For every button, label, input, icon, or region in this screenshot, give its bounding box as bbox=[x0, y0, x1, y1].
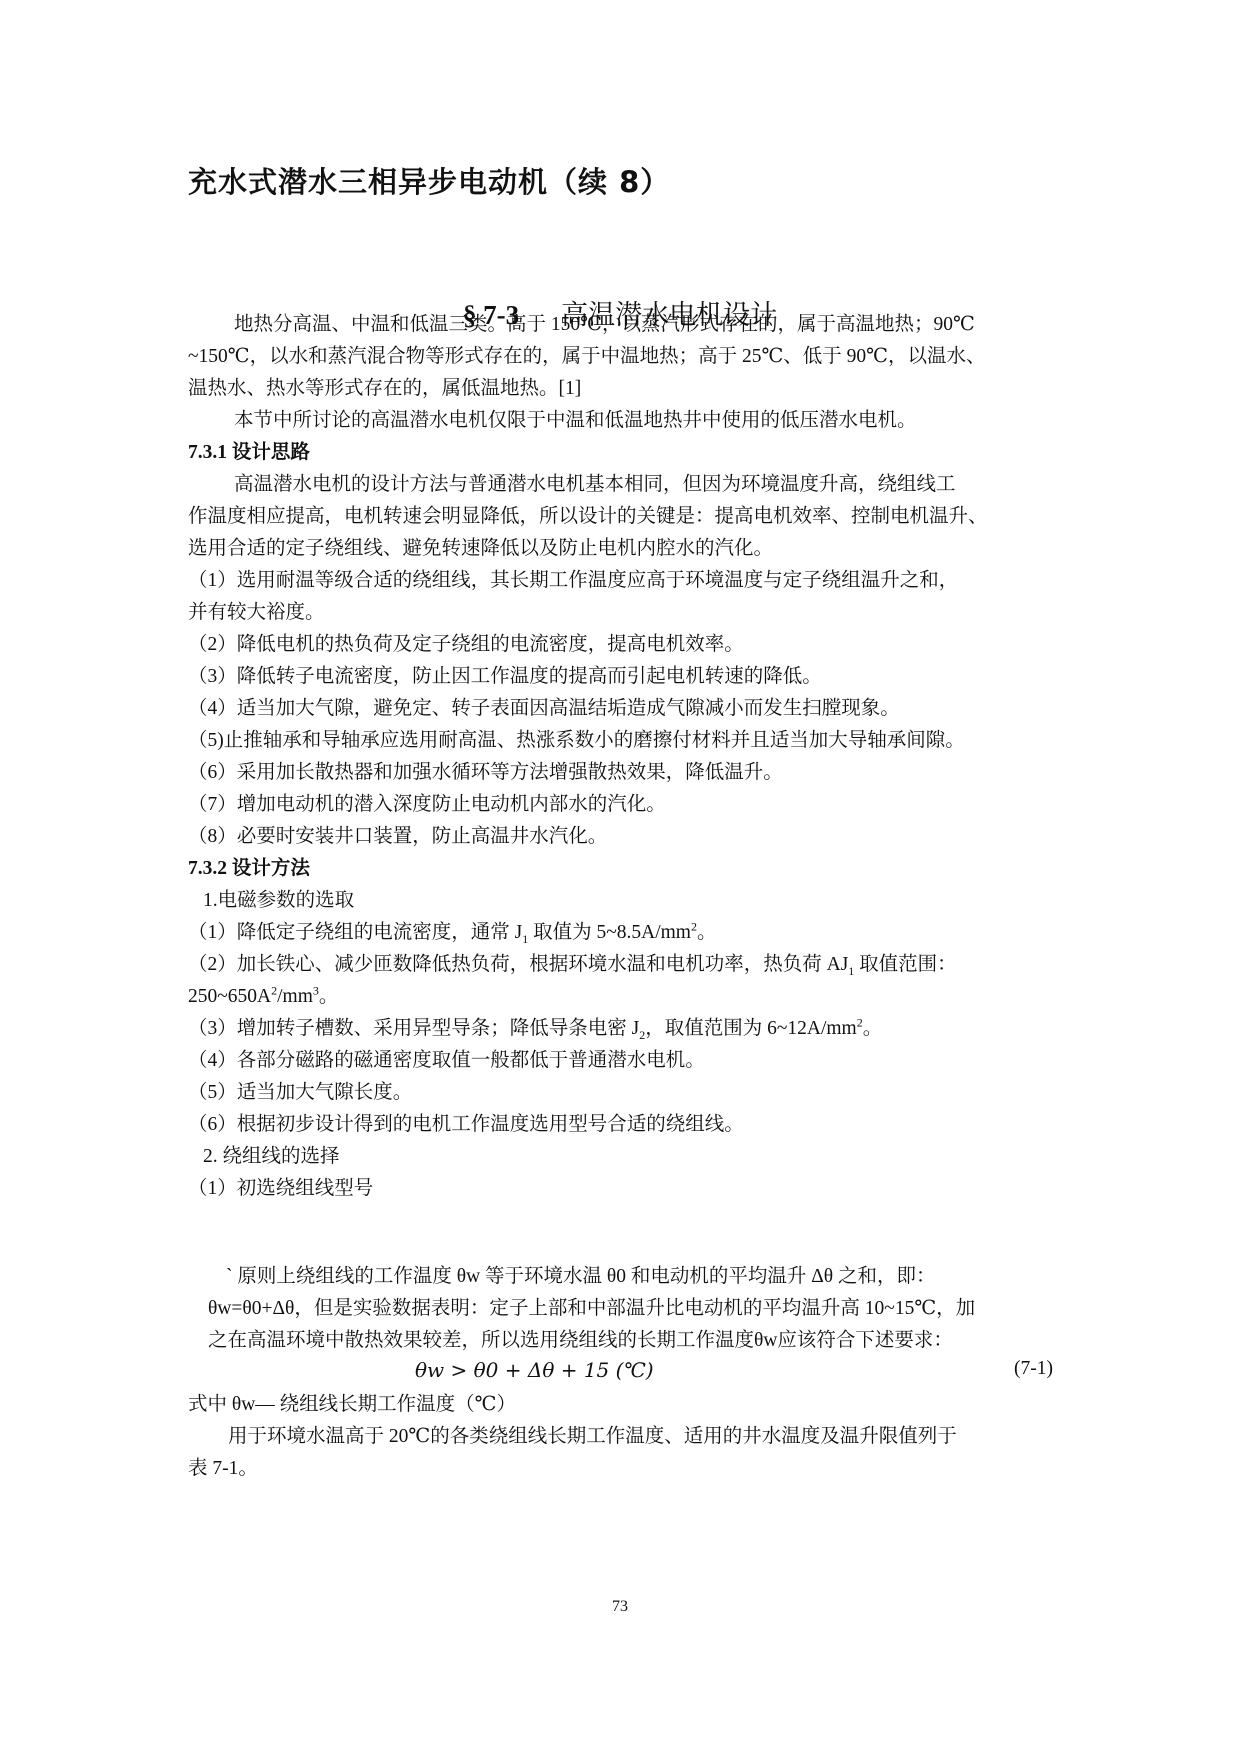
s731-item-1-cont: 并有较大裕度。 bbox=[188, 600, 1053, 626]
s731-item-5: （5)止推轴承和导轴承应选用耐高温、热涨系数小的磨擦付材料并且适当加大导轴承间隙… bbox=[188, 728, 1053, 754]
s732-item-4: （4）各部分磁路的磁通密度取值一般都低于普通潜水电机。 bbox=[188, 1048, 1053, 1074]
s732-sub1: 1.电磁参数的选取 bbox=[203, 888, 1068, 914]
subsection-heading-731: 7.3.1 设计思路 bbox=[188, 440, 1053, 466]
s732-item-6: （6）根据初步设计得到的电机工作温度选用型号合适的绕组线。 bbox=[188, 1112, 1053, 1138]
s731-item-7: （7）增加电动机的潜入深度防止电动机内部水的汽化。 bbox=[188, 792, 1053, 818]
s732-item-3: （3）增加转子槽数、采用异型导条；降低导条电密 J2，取值范围为 6~12A/m… bbox=[188, 1016, 1053, 1042]
equation-number: (7-1) bbox=[1014, 1358, 1053, 1380]
intro-line-2: ~150℃，以水和蒸汽混合物等形式存在的，属于中温地热；高于 25℃、低于 90… bbox=[188, 344, 1053, 370]
subsection-heading-732: 7.3.2 设计方法 bbox=[188, 856, 1053, 882]
s732-sub2-item-1: （1）初选绕组线型号 bbox=[188, 1176, 1053, 1202]
intro-line-4: 本节中所讨论的高温潜水电机仅限于中温和低温地热井中使用的低压潜水电机。 bbox=[234, 408, 1099, 434]
s732-item-2-cont: 250~650A2/mm3。 bbox=[188, 984, 1053, 1010]
s731-para-line-3: 选用合适的定子绕组线、避免转速降低以及防止电机内腔水的汽化。 bbox=[188, 536, 1053, 562]
s732-item-5: （5）适当加大气隙长度。 bbox=[188, 1080, 1053, 1106]
s731-item-2: （2）降低电机的热负荷及定子绕组的电流密度，提高电机效率。 bbox=[188, 632, 1053, 658]
s731-item-4: （4）适当加大气隙，避免定、转子表面因高温结垢造成气隙减小而发生扫膛现象。 bbox=[188, 696, 1053, 722]
s732-para-line-5: 表 7-1。 bbox=[188, 1456, 1053, 1482]
s731-item-6: （6）采用加长散热器和加强水循环等方法增强散热效果，降低温升。 bbox=[188, 760, 1053, 786]
s731-para-line-2: 作温度相应提高，电机转速会明显降低，所以设计的关键是：提高电机效率、控制电机温升… bbox=[188, 504, 1053, 530]
s731-para-line-1: 高温潜水电机的设计方法与普通潜水电机基本相同，但因为环境温度升高，绕组线工 bbox=[234, 472, 1099, 498]
equation-7-1: θw > θ0 + Δθ + 15 (℃) bbox=[415, 1358, 654, 1382]
document-page: 充水式潜水三相异步电动机（续 8） § 7-3高温潜水电机设计 地热分高温、中温… bbox=[0, 0, 1240, 1754]
equation-where: 式中 θw— 绕组线长期工作温度（℃） bbox=[188, 1392, 1053, 1418]
intro-line-1: 地热分高温、中温和低温三类。高于 150℃，以蒸汽形式存在的，属于高温地热；90… bbox=[234, 312, 1099, 338]
document-title: 充水式潜水三相异步电动机（续 8） bbox=[188, 160, 670, 201]
s732-para-line-2: θw=θ0+Δθ，但是实验数据表明：定子上部和中部温升比电动机的平均温升高 10… bbox=[208, 1296, 1073, 1322]
s732-item-2: （2）加长铁心、减少匝数降低热负荷，根据环境水温和电机功率，热负荷 AJ1 取值… bbox=[188, 952, 1053, 978]
s731-item-1: （1）选用耐温等级合适的绕组线，其长期工作温度应高于环境温度与定子绕组温升之和， bbox=[188, 568, 1053, 594]
intro-line-3: 温热水、热水等形式存在的，属低温地热。[1] bbox=[188, 376, 1053, 402]
s731-item-8: （8）必要时安装井口装置，防止高温井水汽化。 bbox=[188, 824, 1053, 850]
s732-sub2: 2. 绕组线的选择 bbox=[203, 1144, 1068, 1170]
s732-para-line-4: 用于环境水温高于 20℃的各类绕组线长期工作温度、适用的井水温度及温升限值列于 bbox=[228, 1424, 1093, 1450]
s731-item-3: （3）降低转子电流密度，防止因工作温度的提高而引起电机转速的降低。 bbox=[188, 664, 1053, 690]
s732-item-1: （1）降低定子绕组的电流密度，通常 J1 取值为 5~8.5A/mm2。 bbox=[188, 920, 1053, 946]
s732-para-line-1: ` 原则上绕组线的工作温度 θw 等于环境水温 θ0 和电动机的平均温升 Δθ … bbox=[226, 1264, 1091, 1290]
s732-para-line-3: 之在高温环境中散热效果较差，所以选用绕组线的长期工作温度θw应该符合下述要求： bbox=[208, 1328, 1073, 1354]
page-number: 73 bbox=[0, 1598, 1240, 1616]
